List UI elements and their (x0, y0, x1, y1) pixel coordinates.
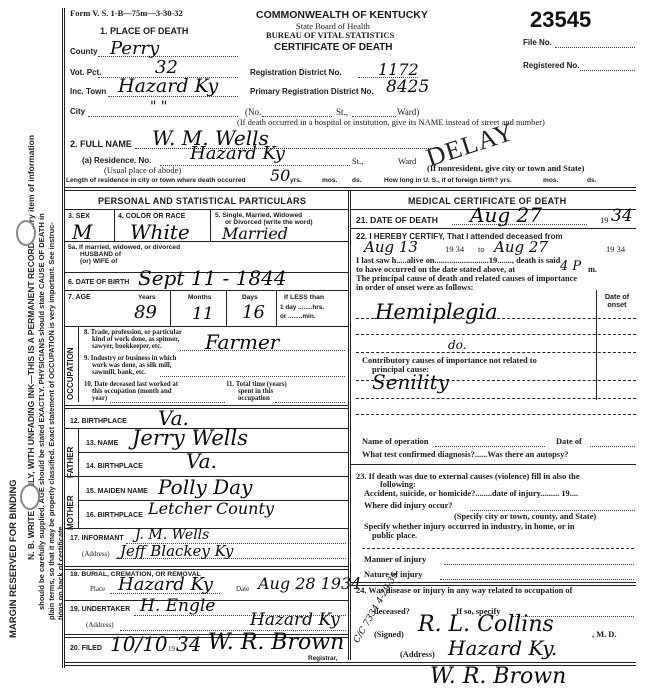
secondary-cause-note[interactable]: do. (448, 338, 467, 352)
form-number: Form V. S. 1-B—75m—3-30-32 (70, 8, 183, 18)
months-label: Months (188, 294, 211, 301)
last-worked-label-3: year) (92, 395, 107, 402)
cause-line-3 (356, 352, 636, 353)
principal-cause-label-1: The principal cause of death and related… (356, 274, 577, 283)
days-cell-divider (276, 290, 277, 326)
dob-value[interactable]: Sept 11 - 1844 (138, 266, 287, 290)
cause-line-2 (356, 334, 636, 335)
accident-label: Accident, suicide, or homicide?........d… (364, 489, 578, 498)
mother-birthplace-label: 16. BIRTHPLACE (86, 512, 143, 519)
father-birthplace-value[interactable]: Va. (186, 449, 217, 473)
father-vertical-label: FATHER (66, 447, 75, 478)
inc-town-value[interactable]: Hazard Ky (118, 75, 218, 97)
foreign-birth-label: How long in U. S., if of foreign birth? (384, 177, 498, 184)
primary-registration-district-value[interactable]: 8425 (386, 77, 429, 97)
burial-place-value[interactable]: Hazard Ky (118, 574, 213, 595)
residence-line (160, 165, 350, 166)
row-rule-1 (64, 241, 348, 242)
sex-label: 3. SEX (68, 213, 90, 220)
foreign-ds-label: ds. (587, 177, 597, 184)
total-time-label-1: 11. Total time (years) (226, 381, 287, 388)
city-label: City (70, 107, 85, 116)
to-label: to (478, 244, 485, 254)
informant-address-label: (Address) (82, 550, 110, 558)
occurred-label: to have occurred on the date stated abov… (356, 265, 515, 274)
where-injury-label: Where did injury occur? (364, 501, 452, 510)
last-worked-field[interactable] (110, 402, 225, 403)
margin-instruction-line-2: should be carefully supplied. AGE should… (37, 213, 46, 610)
informant-label: 17. INFORMANT (70, 535, 124, 542)
father-birthplace-label: 14. BIRTHPLACE (86, 463, 143, 470)
personal-title-rule (64, 209, 348, 210)
years-value[interactable]: 89 (134, 302, 157, 323)
m-label: m. (588, 265, 597, 274)
age-label: 7. AGE (68, 294, 91, 301)
trade-value[interactable]: Farmer (205, 330, 279, 354)
county-value[interactable]: Perry (110, 38, 159, 59)
filed-year-value[interactable]: 34 (176, 632, 201, 656)
color-cell-divider (210, 209, 211, 241)
full-name-label: 2. FULL NAME (70, 139, 132, 149)
months-cell-divider (226, 290, 227, 326)
principal-cause-value[interactable]: Hemiplegia (375, 300, 498, 324)
father-name-label: 13. NAME (86, 440, 118, 447)
industry-injury-field[interactable] (362, 548, 634, 549)
residence-street-label: St., (352, 156, 363, 166)
years-cell-divider (170, 290, 171, 326)
where-injury-field[interactable] (470, 510, 635, 511)
foreign-yrs-label: yrs. (500, 177, 512, 184)
birthplace-label: 12. BIRTHPLACE (70, 418, 127, 425)
city-line (88, 116, 238, 117)
undertaker-address-label: (Address) (86, 621, 114, 629)
registered-no-field[interactable] (580, 70, 635, 71)
spouse-label-2: HUSBAND of (80, 251, 121, 258)
bureau-heading: BUREAU OF VITAL STATISTICS (266, 30, 394, 40)
days-value[interactable]: 16 (242, 302, 265, 323)
principal-cause-label-2: in order of onset were as follows: (356, 283, 473, 292)
undertaker-label: 19. UNDERTAKER (70, 606, 130, 613)
days-label: Days (242, 294, 258, 301)
attended-to-year: 19 34 (606, 244, 625, 254)
primary-registration-district-label: Primary Registration District No. (250, 87, 374, 96)
state-heading: COMMONWEALTH OF KENTUCKY (256, 9, 428, 21)
total-time-field[interactable] (275, 402, 345, 403)
binding-hole-top (16, 220, 36, 246)
specify-city-label: (Specify city or town, county, and State… (454, 512, 596, 521)
months-value[interactable]: 11 (192, 304, 214, 324)
last-worked-label-1: 10. Date deceased last worked at (84, 381, 178, 388)
sex-cell-divider (114, 209, 115, 241)
dob-label: 6. DATE OF BIRTH (68, 279, 129, 286)
operation-date-label: Date of (556, 437, 582, 446)
trade-label-2: kind of work done, as spinner, (92, 336, 179, 343)
informant-value[interactable]: J. M. Wells (135, 527, 209, 543)
less-than-label: If LESS than (284, 294, 324, 301)
manner-label: Manner of injury (364, 555, 426, 564)
registration-district-label: Registration District No. (250, 68, 342, 77)
industry-injury-label-1: Specify whether injury occurred in indus… (364, 522, 575, 531)
informant-rule (64, 566, 348, 570)
operation-field[interactable] (435, 446, 545, 447)
filed-year-prefix: 19 (168, 645, 175, 653)
trade-label-1: 8. Trade, profession, or particular (84, 329, 182, 336)
residence-ds-label: ds. (352, 177, 362, 184)
last-saw-label: I last saw h.....alive on...............… (356, 256, 560, 265)
signed-label: (Signed) (374, 630, 404, 639)
street-label: St., (336, 107, 348, 117)
mother-block-divider (78, 476, 79, 528)
last-worked-label-2: this occupation (month and (92, 388, 172, 395)
margin-binding-label: MARGIN RESERVED FOR BINDING (8, 479, 19, 638)
nature-field[interactable] (440, 579, 634, 580)
occupation-rule (64, 405, 348, 409)
contributory-line-1 (356, 380, 636, 381)
physician-signature[interactable]: R. L. Collins (418, 612, 554, 637)
physician-address-label: (Address) (400, 650, 435, 659)
external-label-2: following: (380, 480, 416, 489)
contributory-line-2 (356, 398, 636, 399)
burial-place-label: Place (90, 585, 105, 593)
operation-rule (350, 464, 636, 465)
certificate-title: CERTIFICATE OF DEATH (274, 42, 393, 53)
burial-date-label: Date (236, 585, 249, 593)
informant-address-value[interactable]: Jeff Blackey Ky (120, 542, 233, 560)
occupation-block-divider (78, 326, 79, 402)
date-of-death-year-prefix: 19 (600, 215, 609, 225)
registrar-signature[interactable]: W. R. Brown (208, 630, 344, 655)
industry-label-2: work was done, as silk mill, (92, 362, 172, 369)
cause-line-1 (356, 318, 636, 319)
test-label: What test confirmed diagnosis?......Was … (362, 450, 568, 459)
bottom-signature: W. R. Brown (430, 664, 566, 689)
residence-label: (a) Residence. No. (82, 156, 151, 165)
registrar-label: Registrar, (308, 655, 337, 662)
manner-field[interactable] (444, 564, 634, 565)
contributory-line-3 (356, 414, 636, 415)
years-label: Years (138, 294, 156, 301)
date-of-death-rule (350, 228, 636, 229)
county-label: County (70, 47, 98, 56)
contributory-label-1: Contributory causes of importance not re… (362, 356, 537, 365)
burial-date-value[interactable]: Aug 28 1934 (258, 574, 361, 593)
total-time-label-2: spent in this (238, 388, 273, 395)
personal-section-title: PERSONAL AND STATISTICAL PARTICULARS (98, 196, 306, 206)
spouse-label-1: 5a. If married, widowed, or divorced (68, 244, 180, 251)
trade-label-3: sawyer, bookkeeper, etc. (92, 343, 162, 350)
residence-value[interactable]: Hazard Ky (190, 143, 285, 164)
residence-yrs-label: yrs. (290, 177, 302, 184)
mother-vertical-label: MOTHER (66, 495, 75, 530)
industry-field[interactable] (160, 376, 345, 377)
mother-maiden-value[interactable]: Polly Day (158, 475, 252, 499)
row-rule-3 (64, 290, 348, 291)
street-no-label: (No. (245, 107, 261, 117)
margin-instruction-line-3: plain terms, so that it may be properly … (47, 222, 56, 620)
attended-from-value[interactable]: Aug 13 (364, 238, 418, 256)
undertaker-value[interactable]: H. Engle (140, 596, 215, 616)
day-hrs-label: 1 day ........hrs. (280, 304, 324, 311)
date-of-death-label: 21. DATE OF DEATH (356, 215, 438, 225)
file-no-label: File No. (523, 38, 552, 47)
city-value[interactable]: " " (150, 99, 167, 115)
usual-place-label: (Usual place of abode) (104, 165, 181, 175)
onset-column-divider (596, 290, 597, 400)
operation-label: Name of operation (362, 437, 429, 446)
color-label: 4. COLOR OR RACE (118, 213, 185, 220)
length-of-residence-label: Length of residence in city or town wher… (66, 177, 246, 184)
industry-label-3: sawmill, bank, etc. (92, 369, 146, 376)
contributory-cause-value[interactable]: Senility (372, 370, 449, 394)
ward-label: Ward) (397, 107, 419, 117)
foreign-mos-label: mos. (543, 177, 558, 184)
occurred-time-value[interactable]: 4 P (560, 259, 581, 274)
residence-ward-label: Ward (398, 156, 416, 166)
operation-date-field[interactable] (590, 446, 635, 447)
vot-pct-label: Vot. Pct. (70, 68, 101, 77)
filed-date-value[interactable]: 10/10 (110, 632, 168, 656)
registered-no-label: Registered No. (523, 61, 579, 70)
marital-label-1: 5. Single, Married, Widowed (215, 212, 302, 219)
father-name-value[interactable]: Jerry Wells (132, 426, 248, 450)
date-of-death-year[interactable]: 34 (611, 206, 633, 226)
length-of-residence-years[interactable]: 50 (270, 166, 290, 185)
certificate-number: 23545 (530, 7, 591, 33)
spouse-label-3: (or) WIFE of (80, 258, 117, 265)
or-min-label: or ........min. (280, 313, 316, 320)
date-onset-label: Date of onset (600, 293, 634, 309)
binding-hole-bottom (20, 484, 40, 510)
filed-label: 20. FILED (70, 645, 102, 652)
industry-label-1: 9. Industry or business in which (84, 355, 176, 362)
file-no-field[interactable] (555, 47, 635, 48)
row-rule-4 (64, 326, 348, 327)
mother-maiden-label: 15. MAIDEN NAME (86, 488, 148, 495)
md-label: , M. D. (592, 630, 616, 639)
residence-mos-label: mos. (322, 177, 337, 184)
mother-birthplace-value[interactable]: Letcher County (148, 499, 274, 518)
date-of-death-value[interactable]: Aug 27 (470, 203, 542, 227)
undertaker-address-value[interactable]: Hazard Ky (250, 610, 340, 630)
inc-town-label: Inc. Town (70, 87, 106, 96)
place-of-death-section-label: 1. PLACE OF DEATH (100, 26, 188, 36)
attended-from-year: 19 34 (445, 244, 464, 254)
total-time-label-3: occupation (238, 395, 270, 402)
occupation-vertical-label: OCCUPATION (66, 347, 75, 400)
industry-injury-label-2: public place. (372, 531, 417, 540)
physician-address-value[interactable]: Hazard Ky. (448, 636, 557, 660)
frame-left-border (62, 8, 63, 668)
attended-to-value[interactable]: Aug 27 (494, 238, 548, 256)
